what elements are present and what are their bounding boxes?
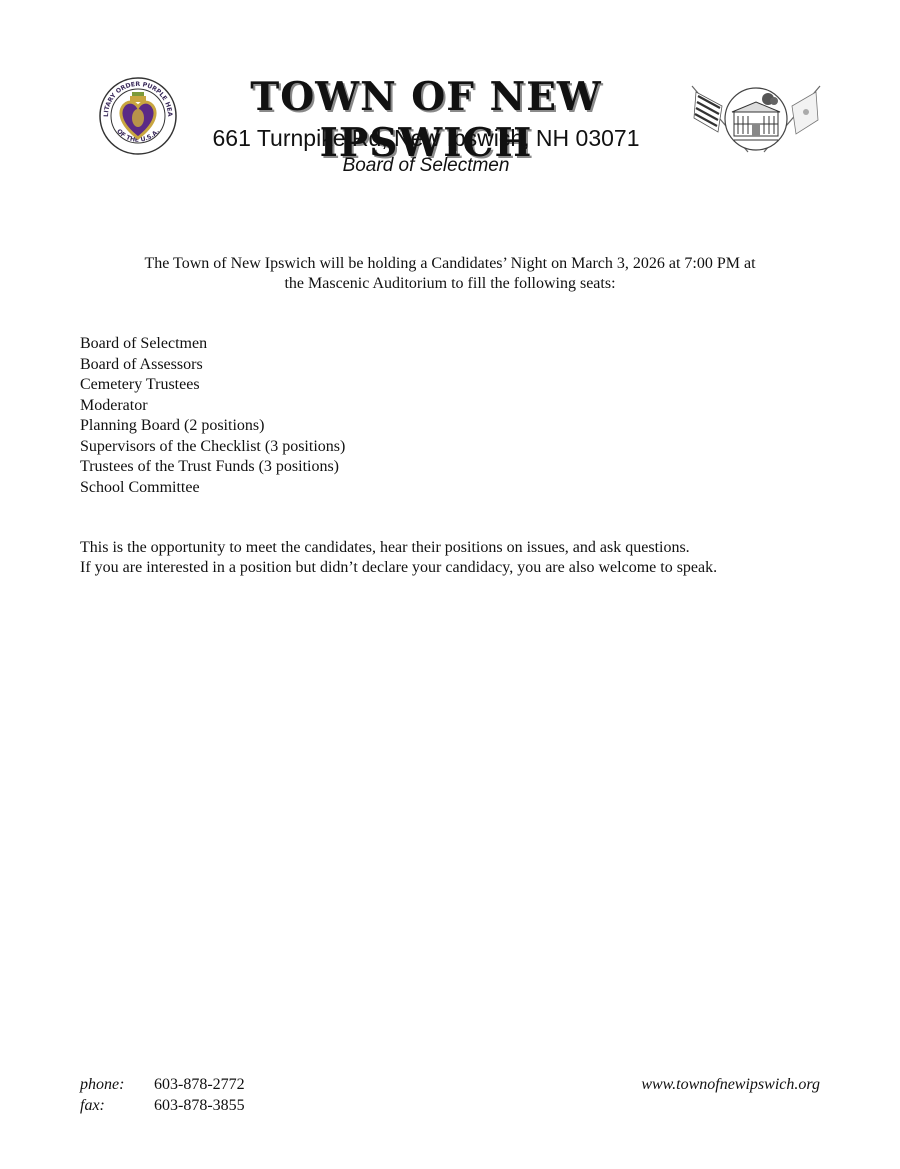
intro-line: the Mascenic Auditorium to fill the foll… — [80, 274, 820, 294]
purple-heart-seal-icon: MILITARY ORDER PURPLE HEART OF THE U.S.A… — [98, 76, 178, 156]
announcement-closing: This is the opportunity to meet the cand… — [80, 538, 840, 578]
phone-row: phone: 603-878-2772 — [80, 1075, 245, 1096]
town-title: TOWN OF NEW IPSWICH — [176, 74, 676, 166]
announcement-intro: The Town of New Ipswich will be holding … — [80, 254, 820, 294]
seat-item: School Committee — [80, 478, 345, 499]
town-hall-seal-with-flags-icon — [688, 82, 824, 156]
seat-item: Board of Assessors — [80, 355, 345, 376]
intro-line: The Town of New Ipswich will be holding … — [80, 254, 820, 274]
seat-item: Supervisors of the Checklist (3 position… — [80, 437, 345, 458]
department-name: Board of Selectmen — [176, 155, 676, 177]
seat-item: Cemetery Trustees — [80, 375, 345, 396]
closing-line: This is the opportunity to meet the cand… — [80, 538, 840, 558]
contact-info: phone: 603-878-2772 fax: 603-878-3855 — [80, 1075, 245, 1117]
website-link[interactable]: www.townofnewipswich.org — [641, 1075, 820, 1095]
seat-item: Planning Board (2 positions) — [80, 416, 345, 437]
seat-item: Trustees of the Trust Funds (3 positions… — [80, 457, 345, 478]
closing-line: If you are interested in a position but … — [80, 558, 840, 578]
fax-label: fax: — [80, 1096, 154, 1117]
seat-item: Moderator — [80, 396, 345, 417]
fax-number: 603-878-3855 — [154, 1096, 245, 1117]
phone-label: phone: — [80, 1075, 154, 1096]
seat-item: Board of Selectmen — [80, 334, 345, 355]
fax-row: fax: 603-878-3855 — [80, 1096, 245, 1117]
phone-number: 603-878-2772 — [154, 1075, 245, 1096]
seat-list: Board of Selectmen Board of Assessors Ce… — [80, 334, 345, 498]
letterhead-page: MILITARY ORDER PURPLE HEART OF THE U.S.A… — [0, 0, 900, 1169]
town-address: 661 Turnpike Rd, New Ipswich, NH 03071 — [176, 125, 676, 152]
